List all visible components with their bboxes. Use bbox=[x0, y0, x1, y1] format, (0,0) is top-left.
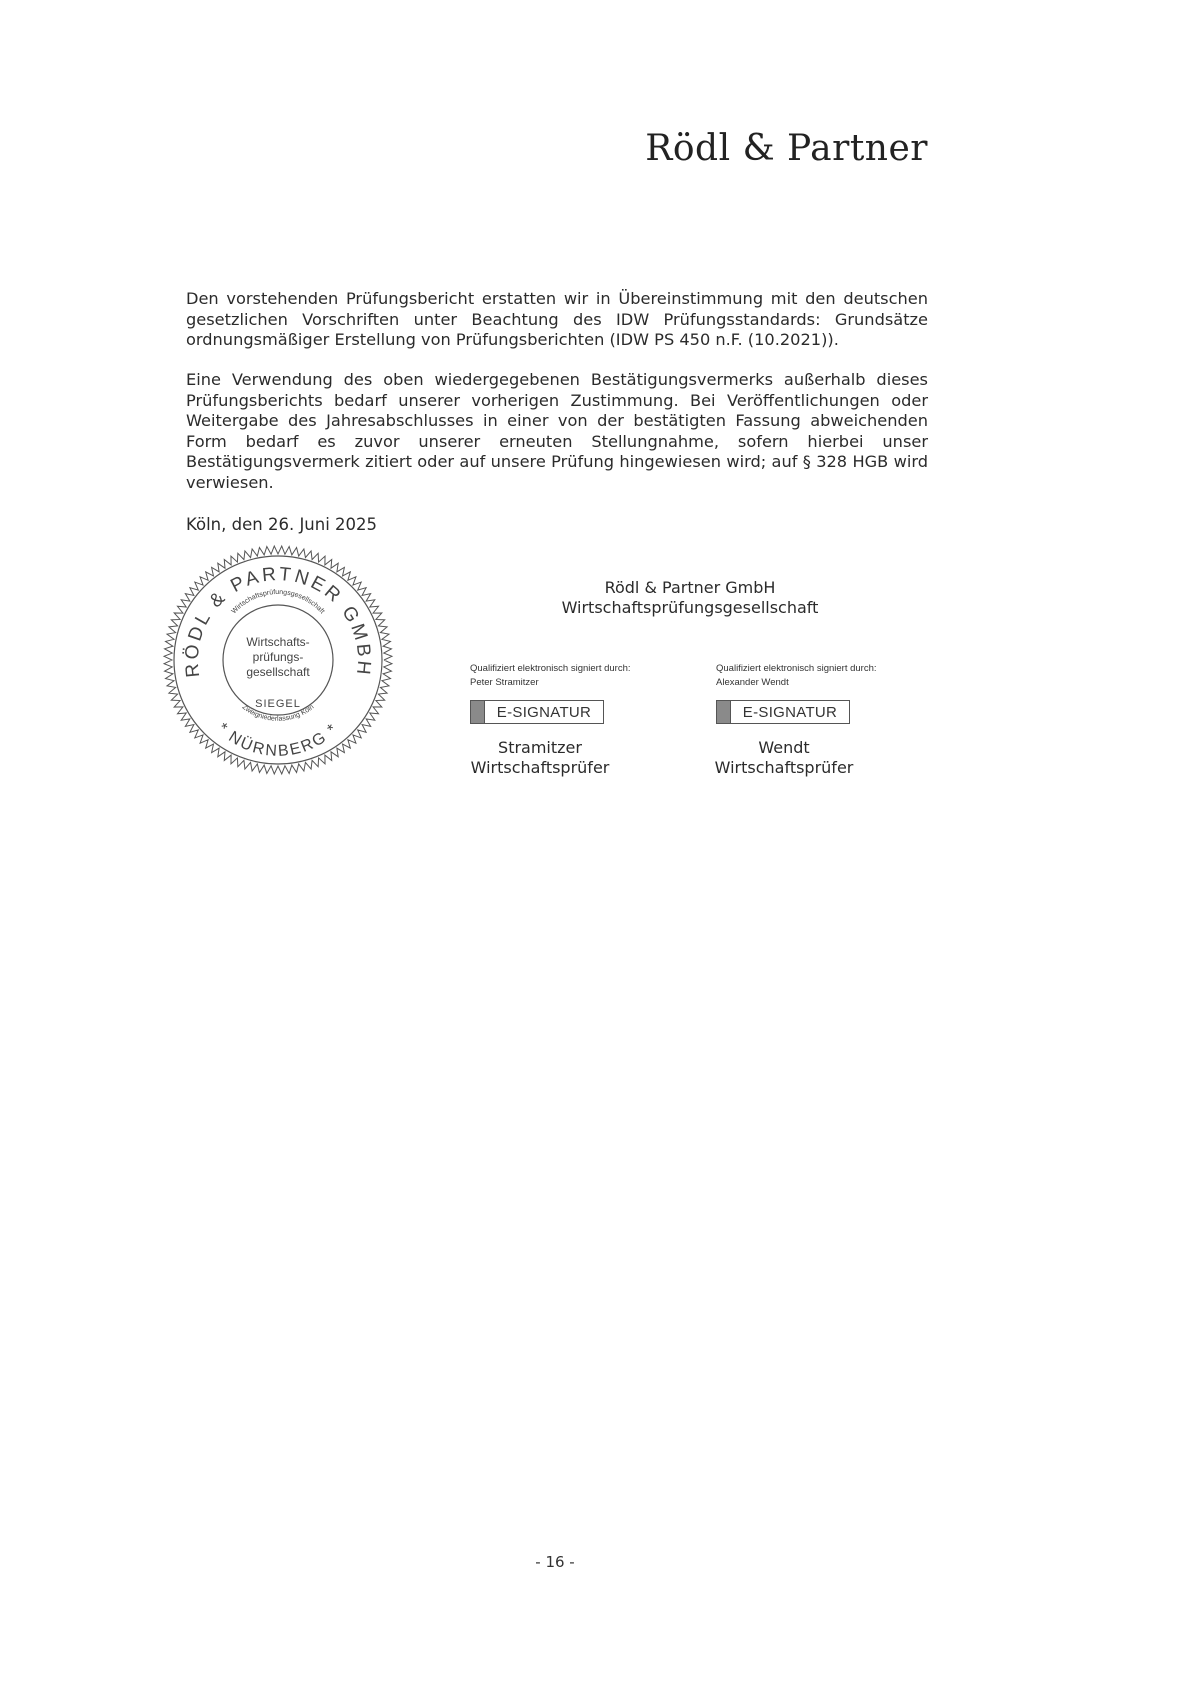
page-number: - 16 - bbox=[0, 1553, 1110, 1571]
signer-full-name: Peter Stramitzer bbox=[470, 676, 700, 690]
paragraph-report-statement: Den vorstehenden Prüfungsbericht erstatt… bbox=[186, 289, 928, 351]
signer-title: Wirtschaftsprüfer bbox=[694, 758, 874, 778]
signer-name: Wendt bbox=[694, 738, 874, 758]
seal-center-line3: gesellschaft bbox=[246, 665, 310, 679]
signer-name-title: Stramitzer Wirtschaftsprüfer bbox=[450, 738, 630, 778]
company-logo: Rödl & Partner bbox=[645, 128, 928, 169]
firm-type: Wirtschaftsprüfungsgesellschaft bbox=[540, 598, 840, 618]
e-signature-badge: E-SIGNATUR bbox=[470, 700, 604, 724]
qualified-signature-label: Qualifiziert elektronisch signiert durch… bbox=[470, 662, 700, 676]
signature-block-stramitzer: Qualifiziert elektronisch signiert durch… bbox=[470, 662, 700, 778]
badge-label: E-SIGNATUR bbox=[731, 704, 849, 721]
signer-title: Wirtschaftsprüfer bbox=[450, 758, 630, 778]
signer-name: Stramitzer bbox=[450, 738, 630, 758]
badge-bar-icon bbox=[717, 701, 731, 723]
official-seal: RÖDL & PARTNER GMBH Wirtschaftsprüfungsg… bbox=[158, 540, 398, 780]
qualified-signature-label: Qualifiziert elektronisch signiert durch… bbox=[716, 662, 946, 676]
signer-name-title: Wendt Wirtschaftsprüfer bbox=[694, 738, 874, 778]
seal-siegel: SIEGEL bbox=[255, 698, 301, 710]
signer-full-name: Alexander Wendt bbox=[716, 676, 946, 690]
paragraph-usage-notice: Eine Verwendung des oben wiedergegebenen… bbox=[186, 370, 928, 493]
e-signature-badge: E-SIGNATUR bbox=[716, 700, 850, 724]
signature-block-wendt: Qualifiziert elektronisch signiert durch… bbox=[716, 662, 946, 778]
firm-name: Rödl & Partner GmbH bbox=[540, 578, 840, 598]
badge-bar-icon bbox=[471, 701, 485, 723]
badge-label: E-SIGNATUR bbox=[485, 704, 603, 721]
seal-center-line1: Wirtschafts- bbox=[246, 635, 309, 649]
seal-center-line2: prüfungs- bbox=[253, 650, 304, 664]
firm-block: Rödl & Partner GmbH Wirtschaftsprüfungsg… bbox=[540, 578, 840, 618]
place-date: Köln, den 26. Juni 2025 bbox=[186, 515, 377, 534]
